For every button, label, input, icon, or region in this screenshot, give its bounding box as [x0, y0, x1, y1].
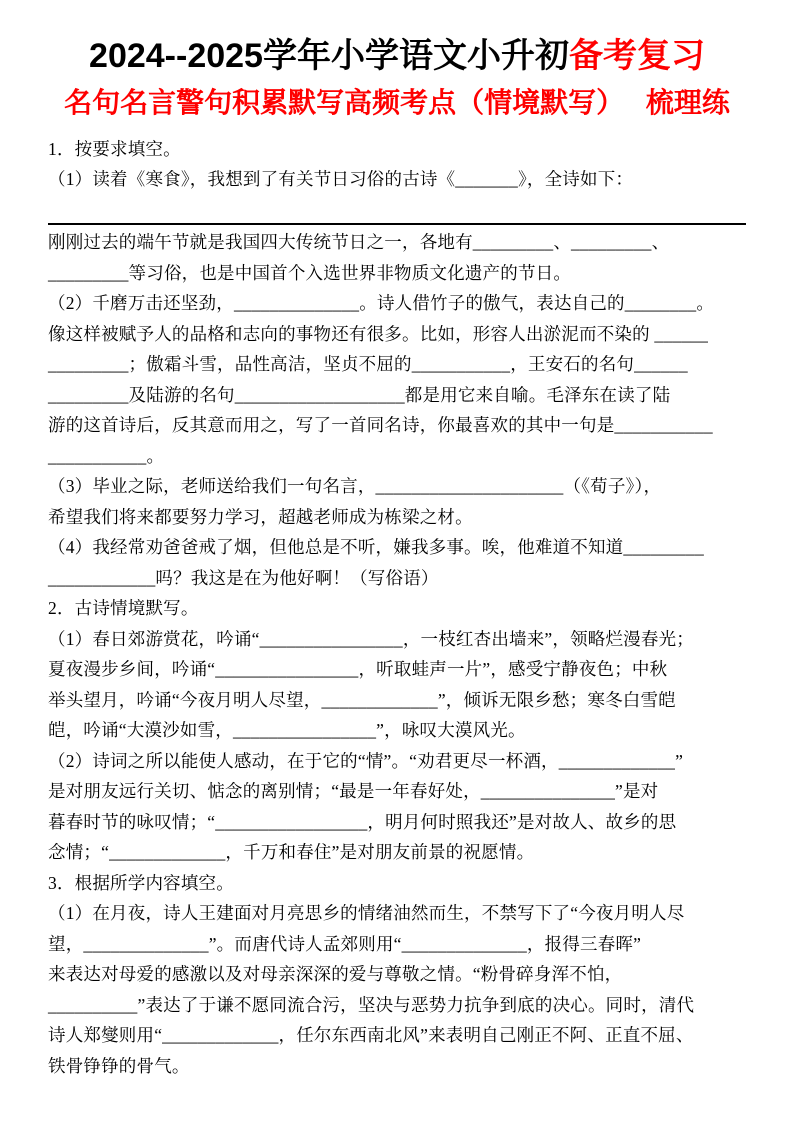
- text-line: （1）在月夜，诗人王建面对月亮思乡的情绪油然而生，不禁写下了“今夜月明人尽: [48, 898, 746, 929]
- text-line: ___________。: [48, 441, 746, 472]
- page-title-main: 2024--2025学年小学语文小升初: [89, 37, 569, 75]
- text-line: 来表达对母爱的感激以及对母亲深深的爱与尊敬之情。“粉骨碎身浑不怕，: [48, 959, 746, 990]
- text-line: 刚刚过去的端午节就是我国四大传统节日之一，各地有_________、______…: [48, 227, 746, 258]
- text-line: _________；傲霜斗雪，品性高洁，坚贞不屈的___________，王安石…: [48, 349, 746, 380]
- text-line: 3．根据所学内容填空。: [48, 868, 746, 899]
- text-line: 举头望月，吟诵“今夜月明人尽望，_____________”，倾诉无限乡愁；寒冬…: [48, 685, 746, 716]
- text-line: _________及陆游的名句___________________都是用它来自…: [48, 380, 746, 411]
- text-line: 希望我们将来都要努力学习，超越老师成为栋梁之材。: [48, 502, 746, 533]
- text-line: （2）诗词之所以能使人感动，在于它的“情”。“劝君更尽一杯酒，_________…: [48, 746, 746, 777]
- text-line: 游的这首诗后，反其意而用之，写了一首同名诗，你最喜欢的其中一句是________…: [48, 410, 746, 441]
- text-line: 皑，吟诵“大漠沙如雪，________________”，咏叹大漠风光。: [48, 715, 746, 746]
- text-line: 暮春时节的咏叹情；“_________________，明月何时照我还”是对故人…: [48, 807, 746, 838]
- document-header: 2024--2025学年小学语文小升初备考复习 名句名言警句积累默写高频考点（情…: [48, 34, 746, 122]
- text-line: 是对朋友远行关切、惦念的离别情；“最是一年春好处，_______________…: [48, 776, 746, 807]
- text-line: （3）毕业之际，老师送给我们一句名言，_____________________…: [48, 471, 746, 502]
- answer-rule-line: [48, 195, 746, 225]
- document-body: 1．按要求填空。（1）读着《寒食》，我想到了有关节日习俗的古诗《_______》…: [48, 134, 746, 1082]
- text-line: _________等习俗，也是中国首个入选世界非物质文化遗产的节日。: [48, 258, 746, 289]
- text-line: 2．古诗情境默写。: [48, 593, 746, 624]
- text-line: 像这样被赋予人的品格和志向的事物还有很多。比如，形容人出淤泥而不染的 _____…: [48, 319, 746, 350]
- text-line: 夏夜漫步乡间，吟诵“________________，听取蛙声一片”，感受宁静夜…: [48, 654, 746, 685]
- page-subtitle: 名句名言警句积累默写高频考点（情境默写） 梳理练: [48, 84, 746, 122]
- text-line: （2）千磨万击还坚劲，______________。诗人借竹子的傲气，表达自己的…: [48, 288, 746, 319]
- text-line: 诗人郑燮则用“_____________，任尔东西南北风”来表明自己刚正不阿、正…: [48, 1020, 746, 1051]
- text-line: （4）我经常劝爸爸戒了烟，但他总是不听，嫌我多事。唉，他难道不知道_______…: [48, 532, 746, 563]
- text-line: 1．按要求填空。: [48, 134, 746, 165]
- text-line: ____________吗？我这是在为他好啊！（写俗语）: [48, 563, 746, 594]
- page-title-accent: 备考复习: [569, 37, 705, 75]
- worksheet-page: 2024--2025学年小学语文小升初备考复习 名句名言警句积累默写高频考点（情…: [0, 0, 793, 1122]
- text-line: __________”表达了于谦不愿同流合污，坚决与恶势力抗争到底的决心。同时，…: [48, 990, 746, 1021]
- text-line: （1）读着《寒食》，我想到了有关节日习俗的古诗《_______》，全诗如下：: [48, 164, 746, 195]
- text-line: 念情；“_____________，千万和春住”是对朋友前景的祝愿情。: [48, 837, 746, 868]
- text-line: （1）春日郊游赏花，吟诵“________________，一枝红杏出墙来”，领…: [48, 624, 746, 655]
- page-title: 2024--2025学年小学语文小升初备考复习: [48, 34, 746, 80]
- text-line: 铁骨铮铮的骨气。: [48, 1051, 746, 1082]
- text-line: 望，______________”。而唐代诗人孟郊则用“____________…: [48, 929, 746, 960]
